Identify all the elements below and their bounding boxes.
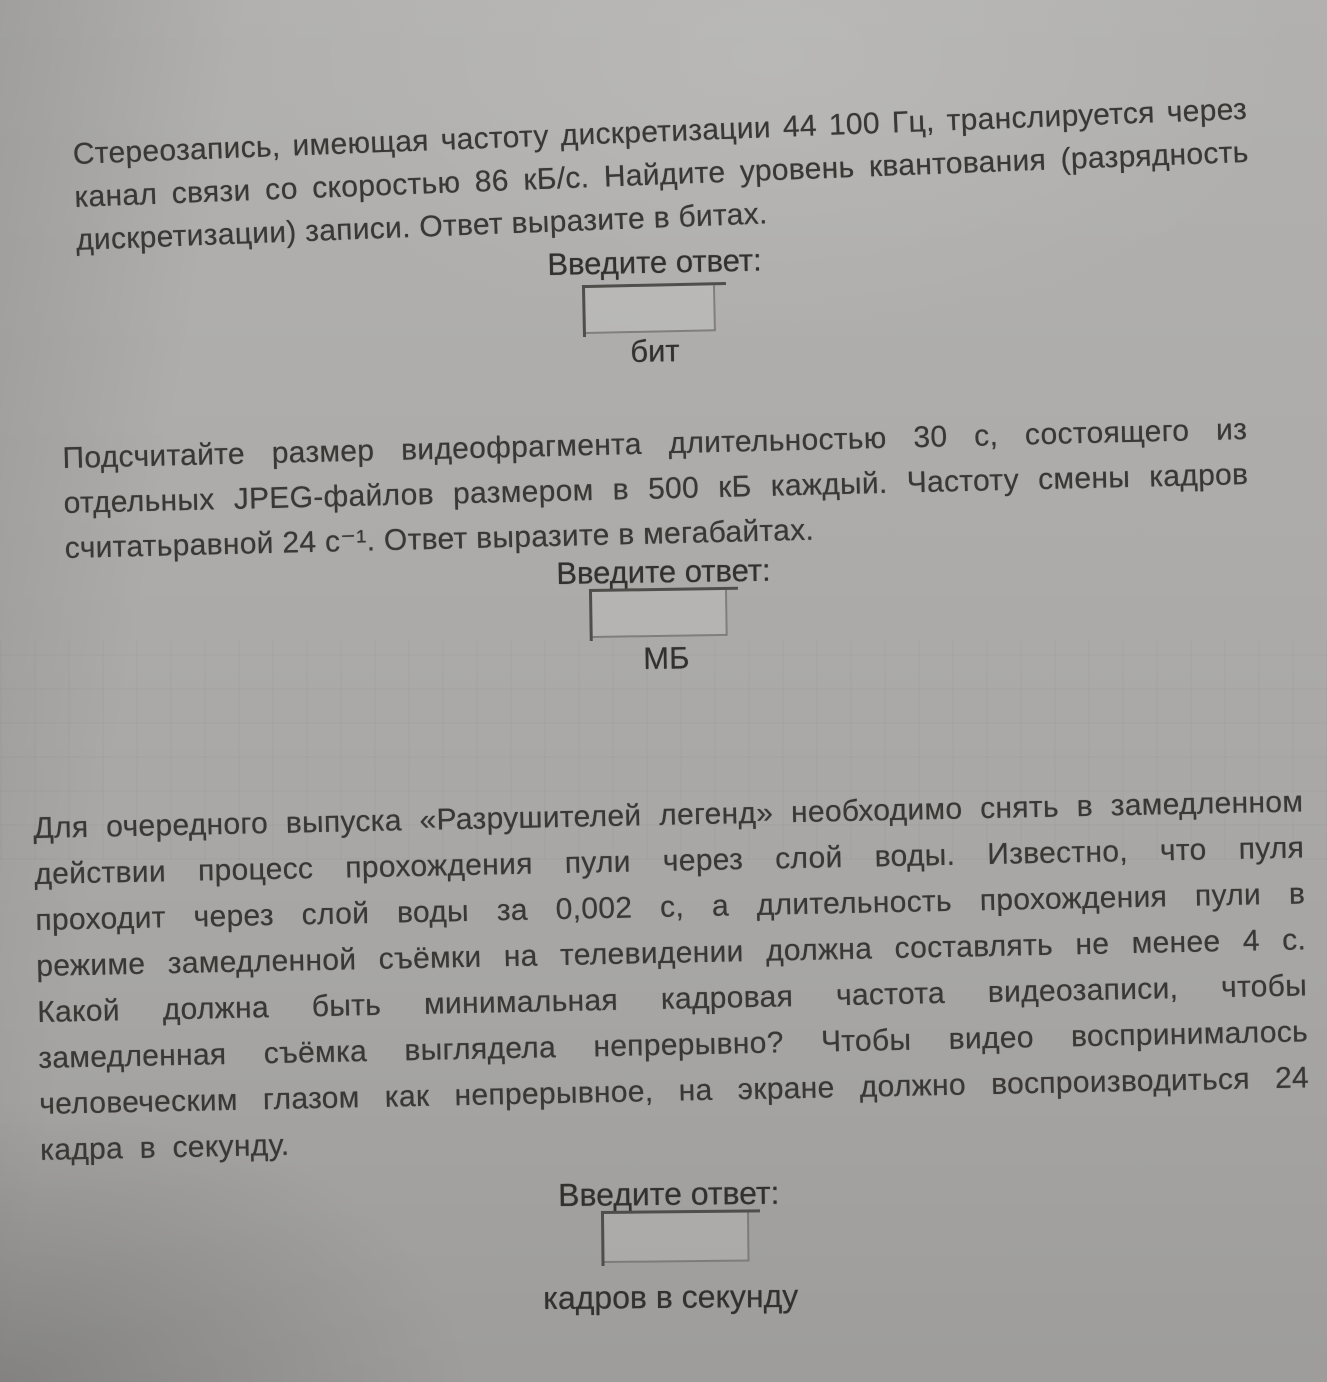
question-1-answer-input[interactable]	[585, 285, 714, 332]
question-2-answer-box	[592, 590, 728, 638]
question-1-text: Стереозапись, имеющая частоту дискретиза…	[72, 88, 1251, 262]
question-3-answer-input[interactable]	[604, 1213, 747, 1261]
question-3-text: Для очередного выпуска «Разрушителей лег…	[33, 779, 1310, 1174]
question-1-unit-label: бит	[630, 333, 680, 370]
question-2-unit-label: МБ	[643, 640, 690, 677]
question-3-unit-label: кадров в секунду	[543, 1278, 798, 1317]
question-3-answer-prompt: Введите ответ:	[558, 1175, 780, 1214]
question-1-answer-box	[585, 285, 716, 334]
question-2-answer-input[interactable]	[592, 590, 726, 636]
question-2-answer-prompt: Введите ответ:	[556, 553, 771, 592]
question-3-answer-box	[604, 1212, 750, 1263]
photographed-worksheet: Стереозапись, имеющая частоту дискретиза…	[0, 0, 1327, 1382]
question-1-answer-prompt: Введите ответ:	[547, 243, 762, 283]
question-2-text: Подсчитайте размер видеофрагмента длител…	[62, 407, 1250, 571]
